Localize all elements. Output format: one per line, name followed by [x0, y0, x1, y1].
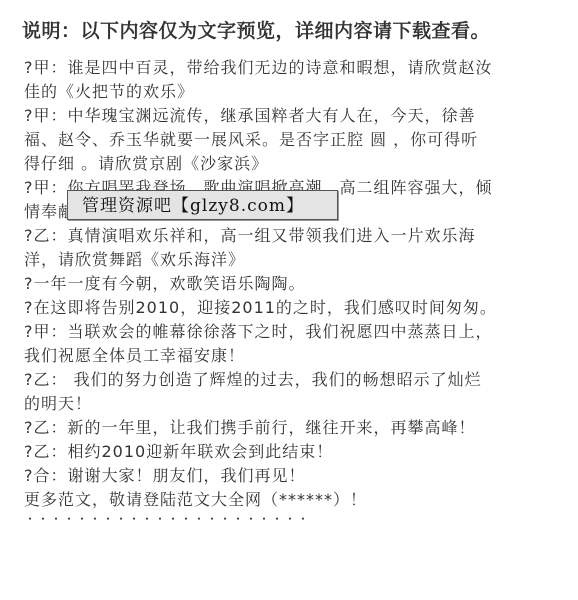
text-line: 我们祝愿全体员工幸福安康！	[24, 344, 544, 368]
text-line: ?乙：真情演唱欢乐祥和，高一组又带领我们进入一片欢乐海	[24, 224, 544, 248]
preview-notice-heading: 说明：以下内容仅为文字预览，详细内容请下载查看。	[22, 16, 490, 43]
text-line: ?在这即将告别2010，迎接2011的之时，我们感叹时间匆匆。	[24, 296, 544, 320]
text-line: ?甲：当联欢会的帷幕徐徐落下之时，我们祝愿四中蒸蒸日上，	[24, 320, 544, 344]
watermark-banner: 管理资源吧【glzy8.com】	[67, 190, 338, 220]
document-body: ?甲：谁是四中百灵，带给我们无边的诗意和暇想，请欣赏赵汝 佳的《火把节的欢乐》 …	[24, 56, 544, 530]
text-line: ?一年一度有今朝，欢歌笑语乐陶陶。	[24, 272, 544, 296]
text-line: 佳的《火把节的欢乐》	[24, 80, 544, 104]
text-line: ?甲：中华瑰宝渊远流传，继承国粹者大有人在，今天，徐善	[24, 104, 544, 128]
text-line: 洋，请欣赏舞蹈《欢乐海洋》	[24, 248, 544, 272]
text-line: 更多范文，敬请登陆范文大全网（******）！	[24, 488, 544, 512]
text-line: ?合：谢谢大家！朋友们，我们再见！	[24, 464, 544, 488]
text-line: 得仔细 。请欣赏京剧《沙家浜》	[24, 152, 544, 176]
dotted-separator: ・・・・・・・・・・・・・・・・・・・・・・	[24, 512, 544, 530]
text-line: 的明天！	[24, 392, 544, 416]
text-line: 福、赵令、乔玉华就要一展风采。是否字正腔 圆 ，你可得听	[24, 128, 544, 152]
text-line: ?乙： 我们的努力创造了辉煌的过去，我们的畅想昭示了灿烂	[24, 368, 544, 392]
text-line: ?甲：谁是四中百灵，带给我们无边的诗意和暇想，请欣赏赵汝	[24, 56, 544, 80]
text-line: ?乙：相约2010迎新年联欢会到此结束！	[24, 440, 544, 464]
text-line: ?乙：新的一年里，让我们携手前行，继往开来，再攀高峰！	[24, 416, 544, 440]
